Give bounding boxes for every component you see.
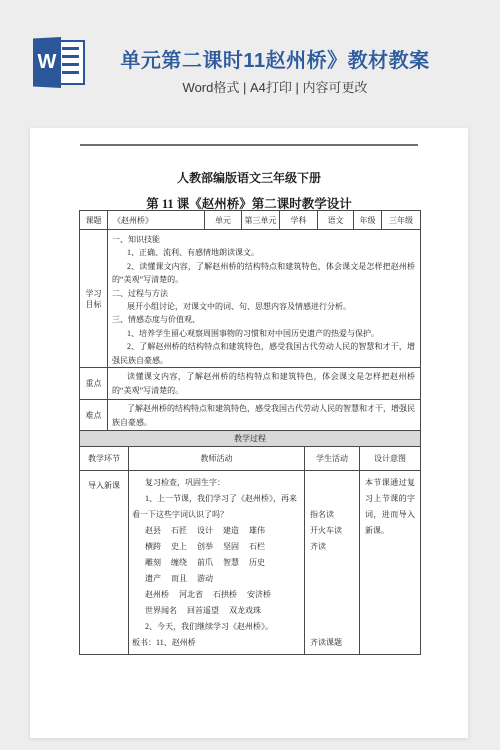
site-header: W 单元第二课时11赵州桥》教材教案 Word格式 | A4打印 | 内容可更改 xyxy=(0,0,500,128)
col-header-design-intent: 设计意图 xyxy=(360,447,421,471)
table-row: 重点 读懂课文内容，了解赵州桥的结构特点和建筑特色，体会课文是怎样把赵州桥的“美… xyxy=(80,368,421,400)
design-intent-text: 本节课通过复习上节课的字词，进而导入新课。 xyxy=(365,475,415,539)
teacher-activity-line: 板书：11、赵州桥 xyxy=(132,635,302,651)
student-activity-line: 齐读 xyxy=(310,539,358,555)
unit-value: 第三单元 xyxy=(242,211,280,230)
teacher-activity-line: 赵州桥 河北省 石拱桥 安济桥 xyxy=(132,587,302,603)
student-activity-line xyxy=(310,491,358,507)
teacher-activity-line: 世界闻名 回首遥望 双龙戏珠 xyxy=(132,603,302,619)
page-subtitle: Word格式 | A4打印 | 内容可更改 xyxy=(95,77,455,96)
col-header-teacher-activity: 教师活动 xyxy=(129,447,305,471)
student-activity-line xyxy=(310,603,358,619)
student-activity-cell: 指名读 开火车读 齐读 齐读课题 xyxy=(305,471,360,655)
learning-goals-label-line1: 学习 xyxy=(80,288,107,299)
key-point-content: 读懂课文内容，了解赵州桥的结构特点和建筑特色，体会课文是怎样把赵州桥的“美观”写… xyxy=(108,368,421,400)
goal-paragraph: 1、培养学生留心观察周围事物的习惯和对中国历史遗产的热爱与保护。 xyxy=(112,327,415,340)
word-icon-text-lines xyxy=(62,47,79,78)
teacher-activity-line: 复习检查，巩固生字： xyxy=(132,475,302,491)
learning-goals-label: 学习 目标 xyxy=(80,230,108,368)
student-activity-line xyxy=(310,587,358,603)
teacher-activity-cell: 复习检查，巩固生字： 1、上一节课，我们学习了《赵州桥》，再来 看一下这些字词认… xyxy=(129,471,305,655)
col-header-stage: 教学环节 xyxy=(80,447,129,471)
table-row: 导入新课 复习检查，巩固生字： 1、上一节课，我们学习了《赵州桥》，再来 看一下… xyxy=(80,471,421,655)
teaching-process-band: 教学过程 xyxy=(80,431,421,447)
difficult-point-text: 了解赵州桥的结构特点和建筑特色，感受我国古代劳动人民的智慧和才干，增强民族自豪感… xyxy=(112,402,415,430)
student-activity-line xyxy=(310,555,358,571)
doc-heading-series: 人教部编版语文三年级下册 xyxy=(30,169,468,186)
learning-goals-label-line2: 目标 xyxy=(80,299,107,310)
learning-goals-content: 一、知识技能 1、正确、流利、有感情地朗读课文。 2、读懂课文内容，了解赵州桥的… xyxy=(108,230,421,368)
stage-name: 导入新课 xyxy=(80,471,129,655)
table-row: 课题 《赵州桥》 单元 第三单元 学科 语文 年级 三年级 xyxy=(80,211,421,230)
goal-paragraph: 一、知识技能 xyxy=(112,233,415,246)
table-row: 难点 了解赵州桥的结构特点和建筑特色，感受我国古代劳动人民的智慧和才干，增强民族… xyxy=(80,400,421,431)
page-title: 单元第二课时11赵州桥》教材教案 xyxy=(95,44,455,73)
table-row: 学习 目标 一、知识技能 1、正确、流利、有感情地朗读课文。 2、读懂课文内容，… xyxy=(80,230,421,368)
subject-value: 语文 xyxy=(318,211,354,230)
difficult-point-label: 难点 xyxy=(80,400,108,431)
table-row: 教学过程 xyxy=(80,431,421,447)
student-activity-line xyxy=(310,619,358,635)
grade-label: 年级 xyxy=(354,211,382,230)
word-file-icon: W xyxy=(33,37,86,88)
teacher-activity-line: 遗产 而且 游动 xyxy=(132,571,302,587)
course-title-label: 课题 xyxy=(80,211,108,230)
teacher-activity-line: 赵县 石匠 设计 建造 雄伟 xyxy=(132,523,302,539)
student-activity-line: 开火车读 xyxy=(310,523,358,539)
goal-paragraph: 三、情感态度与价值观、 xyxy=(112,313,415,326)
top-divider-line xyxy=(80,144,418,146)
key-point-label: 重点 xyxy=(80,368,108,400)
student-activity-line xyxy=(310,571,358,587)
grade-value: 三年级 xyxy=(382,211,421,230)
goal-paragraph: 二、过程与方法 xyxy=(112,287,415,300)
student-activity-line: 指名读 xyxy=(310,507,358,523)
lesson-plan-table: 课题 《赵州桥》 单元 第三单元 学科 语文 年级 三年级 学习 目标 一、知识… xyxy=(79,210,420,655)
subject-label: 学科 xyxy=(280,211,318,230)
teacher-activity-line: 雕刻 缠绕 前爪 智慧 历史 xyxy=(132,555,302,571)
goal-paragraph: 2、读懂课文内容，了解赵州桥的结构特点和建筑特色，体会课文是怎样把赵州桥的“美观… xyxy=(112,260,415,287)
teacher-activity-line: 1、上一节课，我们学习了《赵州桥》，再来 xyxy=(132,491,302,507)
goal-paragraph: 2、了解赵州桥的结构特点和建筑特色，感受我国古代劳动人民的智慧和才干，增强民族自… xyxy=(112,340,415,367)
word-icon-w-panel: W xyxy=(33,37,61,88)
course-title-value: 《赵州桥》 xyxy=(108,211,205,230)
student-activity-line: 齐读课题 xyxy=(310,635,358,651)
unit-label: 单元 xyxy=(205,211,242,230)
teacher-activity-line: 2、今天，我们继续学习《赵州桥》。 xyxy=(132,619,302,635)
design-intent-cell: 本节课通过复习上节课的字词，进而导入新课。 xyxy=(360,471,421,655)
document-page: 人教部编版语文三年级下册 第 11 课《赵州桥》第二课时教学设计 课题 《赵州桥… xyxy=(30,128,468,738)
teacher-activity-line: 横跨 史上 创举 坚固 石栏 xyxy=(132,539,302,555)
col-header-student-activity: 学生活动 xyxy=(305,447,360,471)
difficult-point-content: 了解赵州桥的结构特点和建筑特色，感受我国古代劳动人民的智慧和才干，增强民族自豪感… xyxy=(108,400,421,431)
table-row: 教学环节 教师活动 学生活动 设计意图 xyxy=(80,447,421,471)
student-activity-line xyxy=(310,475,358,491)
teacher-activity-line: 看一下这些字词认识了吗？ xyxy=(132,507,302,523)
key-point-text: 读懂课文内容，了解赵州桥的结构特点和建筑特色，体会课文是怎样把赵州桥的“美观”写… xyxy=(112,370,415,398)
goal-paragraph: 1、正确、流利、有感情地朗读课文。 xyxy=(112,246,415,259)
goal-paragraph: 展开小组讨论，对课文中的词、句、思想内容及情感进行分析。 xyxy=(112,300,415,313)
